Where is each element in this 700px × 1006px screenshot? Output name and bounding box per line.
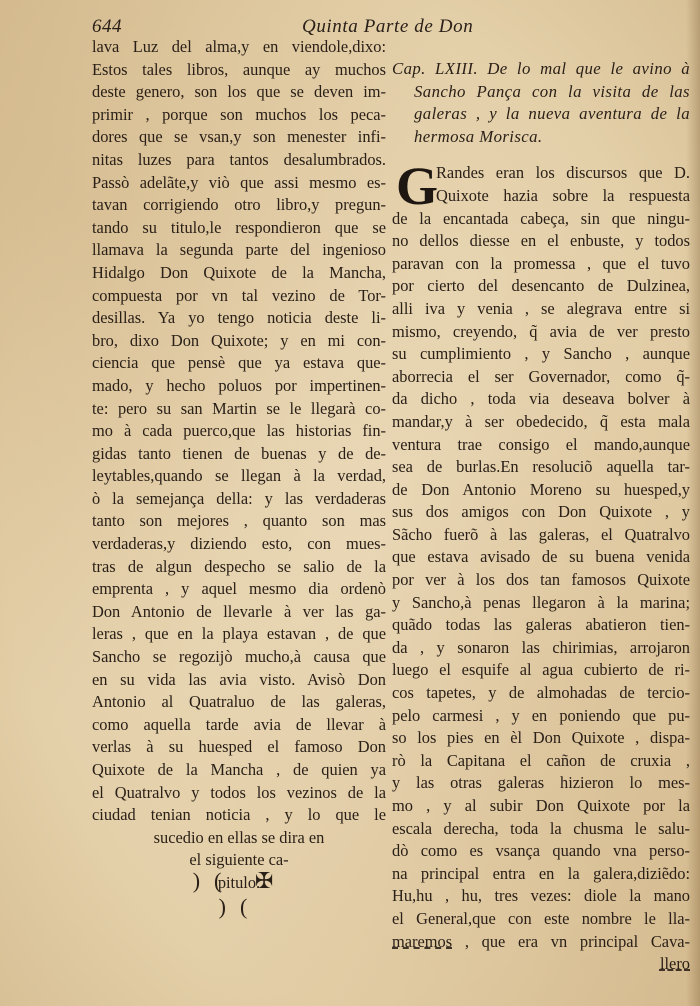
- text-line: Antonio al Quatraluo de las galeras,: [92, 691, 386, 714]
- text-line: te: pero su san Martin se le llegarà co-: [92, 398, 386, 421]
- text-line: emprenta , y aquel mesmo dia ordenò: [92, 578, 386, 601]
- chapter-heading: Cap. LXIII. De lo mal que le avino àSanc…: [392, 58, 690, 148]
- text-line: compuesta por vn tal vezino de Tor-: [92, 285, 386, 308]
- text-line: deste genero, son los que se deven im-: [92, 81, 386, 104]
- text-line: ventura trae consigo el mando,aunque: [392, 434, 690, 457]
- text-line: en su vida las avia visto. Avisò Don: [92, 669, 386, 692]
- left-column: lava Luz del alma,y en viendole,dixo:Est…: [92, 36, 386, 895]
- text-line: verlas à su huesped el famoso Don: [92, 736, 386, 759]
- chapter-heading-line: galeras , y la nueva aventura de la: [392, 103, 690, 126]
- right-column: Cap. LXIII. De lo mal que le avino àSanc…: [392, 58, 690, 976]
- text-line: luego el esquife al agua cubierto de ri-: [392, 659, 690, 682]
- text-line: rò la Capitana el cañon de cruxia ,: [392, 750, 690, 773]
- text-line: ò la semejança della: y las verdaderas: [92, 488, 386, 511]
- text-line: Sãcho fuerõ à las galeras, el Quatralvo: [392, 524, 690, 547]
- text-line: bro, dixo Don Quixote; y en mi con-: [92, 330, 386, 353]
- text-line: tavan corrigiendo otro libro,y pregun-: [92, 194, 386, 217]
- text-line: Hu,hu , hu, tres vezes: diole la mano: [392, 885, 690, 908]
- text-line: el General,que con este nombre le lla-: [392, 908, 690, 931]
- text-line: sus dos amigos con Don Quixote , y: [392, 501, 690, 524]
- text-line: dores que se vsan,y son menester infi-: [92, 126, 386, 149]
- running-title: Quinta Parte de Don: [302, 16, 473, 38]
- chapter-heading-line: hermosa Morisca.: [392, 126, 690, 149]
- text-line: aborrecia el ser Governador, como q̃-: [392, 366, 690, 389]
- text-line: como aquella tarde avia de llevar à: [92, 714, 386, 737]
- text-line: tanto son mejores , quanto son mas: [92, 510, 386, 533]
- chapter-heading-line: Sancho Pança con la visita de las: [392, 81, 690, 104]
- text-line: ciencia que pensè que ya estava que-: [92, 352, 386, 375]
- text-line: desillas. Ya yo tengo noticia deste li-: [92, 307, 386, 330]
- text-line: por ver à los dos tan famosos Quixote: [392, 569, 690, 592]
- text-line: verdaderas,y diziendo esto, con mues-: [92, 533, 386, 556]
- drop-cap: G: [396, 164, 438, 208]
- text-line: Estos tales libros, aunque ay muchos: [92, 59, 386, 82]
- text-line: Hidalgo Don Quixote de la Mancha,: [92, 262, 386, 285]
- text-line: mo à cada puerco,que las historias fin-: [92, 420, 386, 443]
- text-line: dò como es vsança quando vna perso-: [392, 840, 690, 863]
- page-number: 644: [92, 16, 122, 38]
- text-line: paravan con la promessa , que el tuvo: [392, 253, 690, 276]
- text-line: Passò adelãte,y viò que assi mesmo es-: [92, 172, 386, 195]
- text-line: ciudad tenian noticia , y lo que le: [92, 804, 386, 827]
- text-line: tando su titulo,le respondieron que se: [92, 217, 386, 240]
- text-line: alli iva y venia , se alegrava entre si: [392, 298, 690, 321]
- text-line: na principal entra en la galera,diziẽdo:: [392, 863, 690, 886]
- text-line: leras , que en la playa estavan , de que: [92, 623, 386, 646]
- text-line: gidas tanto tienen de buenas y de de-: [92, 443, 386, 466]
- closing-line: sucedio en ellas se dira en: [92, 827, 386, 850]
- text-line: cos tapetes, y de almohadas de tercio-: [392, 682, 690, 705]
- text-line: quãdo todas las galeras abatieron tien-: [392, 614, 690, 637]
- text-line: da dicho , toda via deseava bolver à: [392, 388, 690, 411]
- text-line: maremos , que era vn principal Cava-: [392, 931, 690, 954]
- text-line: de Don Antonio Moreno su huesped,y: [392, 479, 690, 502]
- tailpiece-ornament: )( ✠ )(: [190, 868, 290, 920]
- text-line: por cierto del desencanto de Dulzinea,: [392, 275, 690, 298]
- chapter-body: G Randes eran los discursos que D.Quixot…: [392, 162, 690, 975]
- text-line: leytables,quando se llegan à la verdad,: [92, 465, 386, 488]
- text-line: llamava la segunda parte del ingenioso: [92, 239, 386, 262]
- text-line: so los pies en èl Don Quixote , dispa-: [392, 727, 690, 750]
- text-line: lava Luz del alma,y en viendole,dixo:: [92, 36, 386, 59]
- text-line: mo , y al subir Don Quixote por la: [392, 795, 690, 818]
- text-line: Sancho se regozijò mucho,à causa que: [92, 646, 386, 669]
- text-line: Quixote de la Mancha , de quien ya: [92, 759, 386, 782]
- chapter-heading-line: Cap. LXIII. De lo mal que le avino à: [392, 58, 690, 81]
- text-line: mado, y hecho poluos por impertinen-: [92, 375, 386, 398]
- text-line: mandar,y à ser obedecido, q̃ esta mala: [392, 411, 690, 434]
- text-line: su cumplimiento , y Sancho , aunque: [392, 343, 690, 366]
- text-line: mismo, creyendo, q̃ avia de ver presto: [392, 321, 690, 344]
- text-line: nitas luzes para tantos desalumbrados.: [92, 149, 386, 172]
- text-line: sea de burlas.En resoluciõ aquella tar-: [392, 456, 690, 479]
- text-line: tras de algun despecho se salio de la: [92, 556, 386, 579]
- left-column-body: lava Luz del alma,y en viendole,dixo:Est…: [92, 36, 386, 827]
- text-line: el Quatralvo y todos los vezinos de la: [92, 782, 386, 805]
- text-line: Don Antonio de llevarle à ver las ga-: [92, 601, 386, 624]
- text-line: y las otras galeras hizieron lo mes-: [392, 772, 690, 795]
- book-page: 644 Quinta Parte de Don lava Luz del alm…: [0, 0, 700, 1006]
- underlined-word: maremos: [392, 932, 452, 951]
- text-line: primir , porque son muchos los peca-: [92, 104, 386, 127]
- text-line: da , y sonaron las chirimias, arrojaron: [392, 637, 690, 660]
- catchword: llero: [392, 953, 690, 976]
- right-column-body: de la encantada cabeça, sin que ningu-no…: [392, 208, 690, 931]
- text-line: no dellos diesse en el enbuste, y todos: [392, 230, 690, 253]
- text-line: pelo carmesi , y en poniendo que pu-: [392, 705, 690, 728]
- text-line: que estava avisado de su buena venida: [392, 546, 690, 569]
- text-line: y Sancho,à penas llegaron à la marina;: [392, 592, 690, 615]
- text-line: escala derecha, toda la chusma le salu-: [392, 818, 690, 841]
